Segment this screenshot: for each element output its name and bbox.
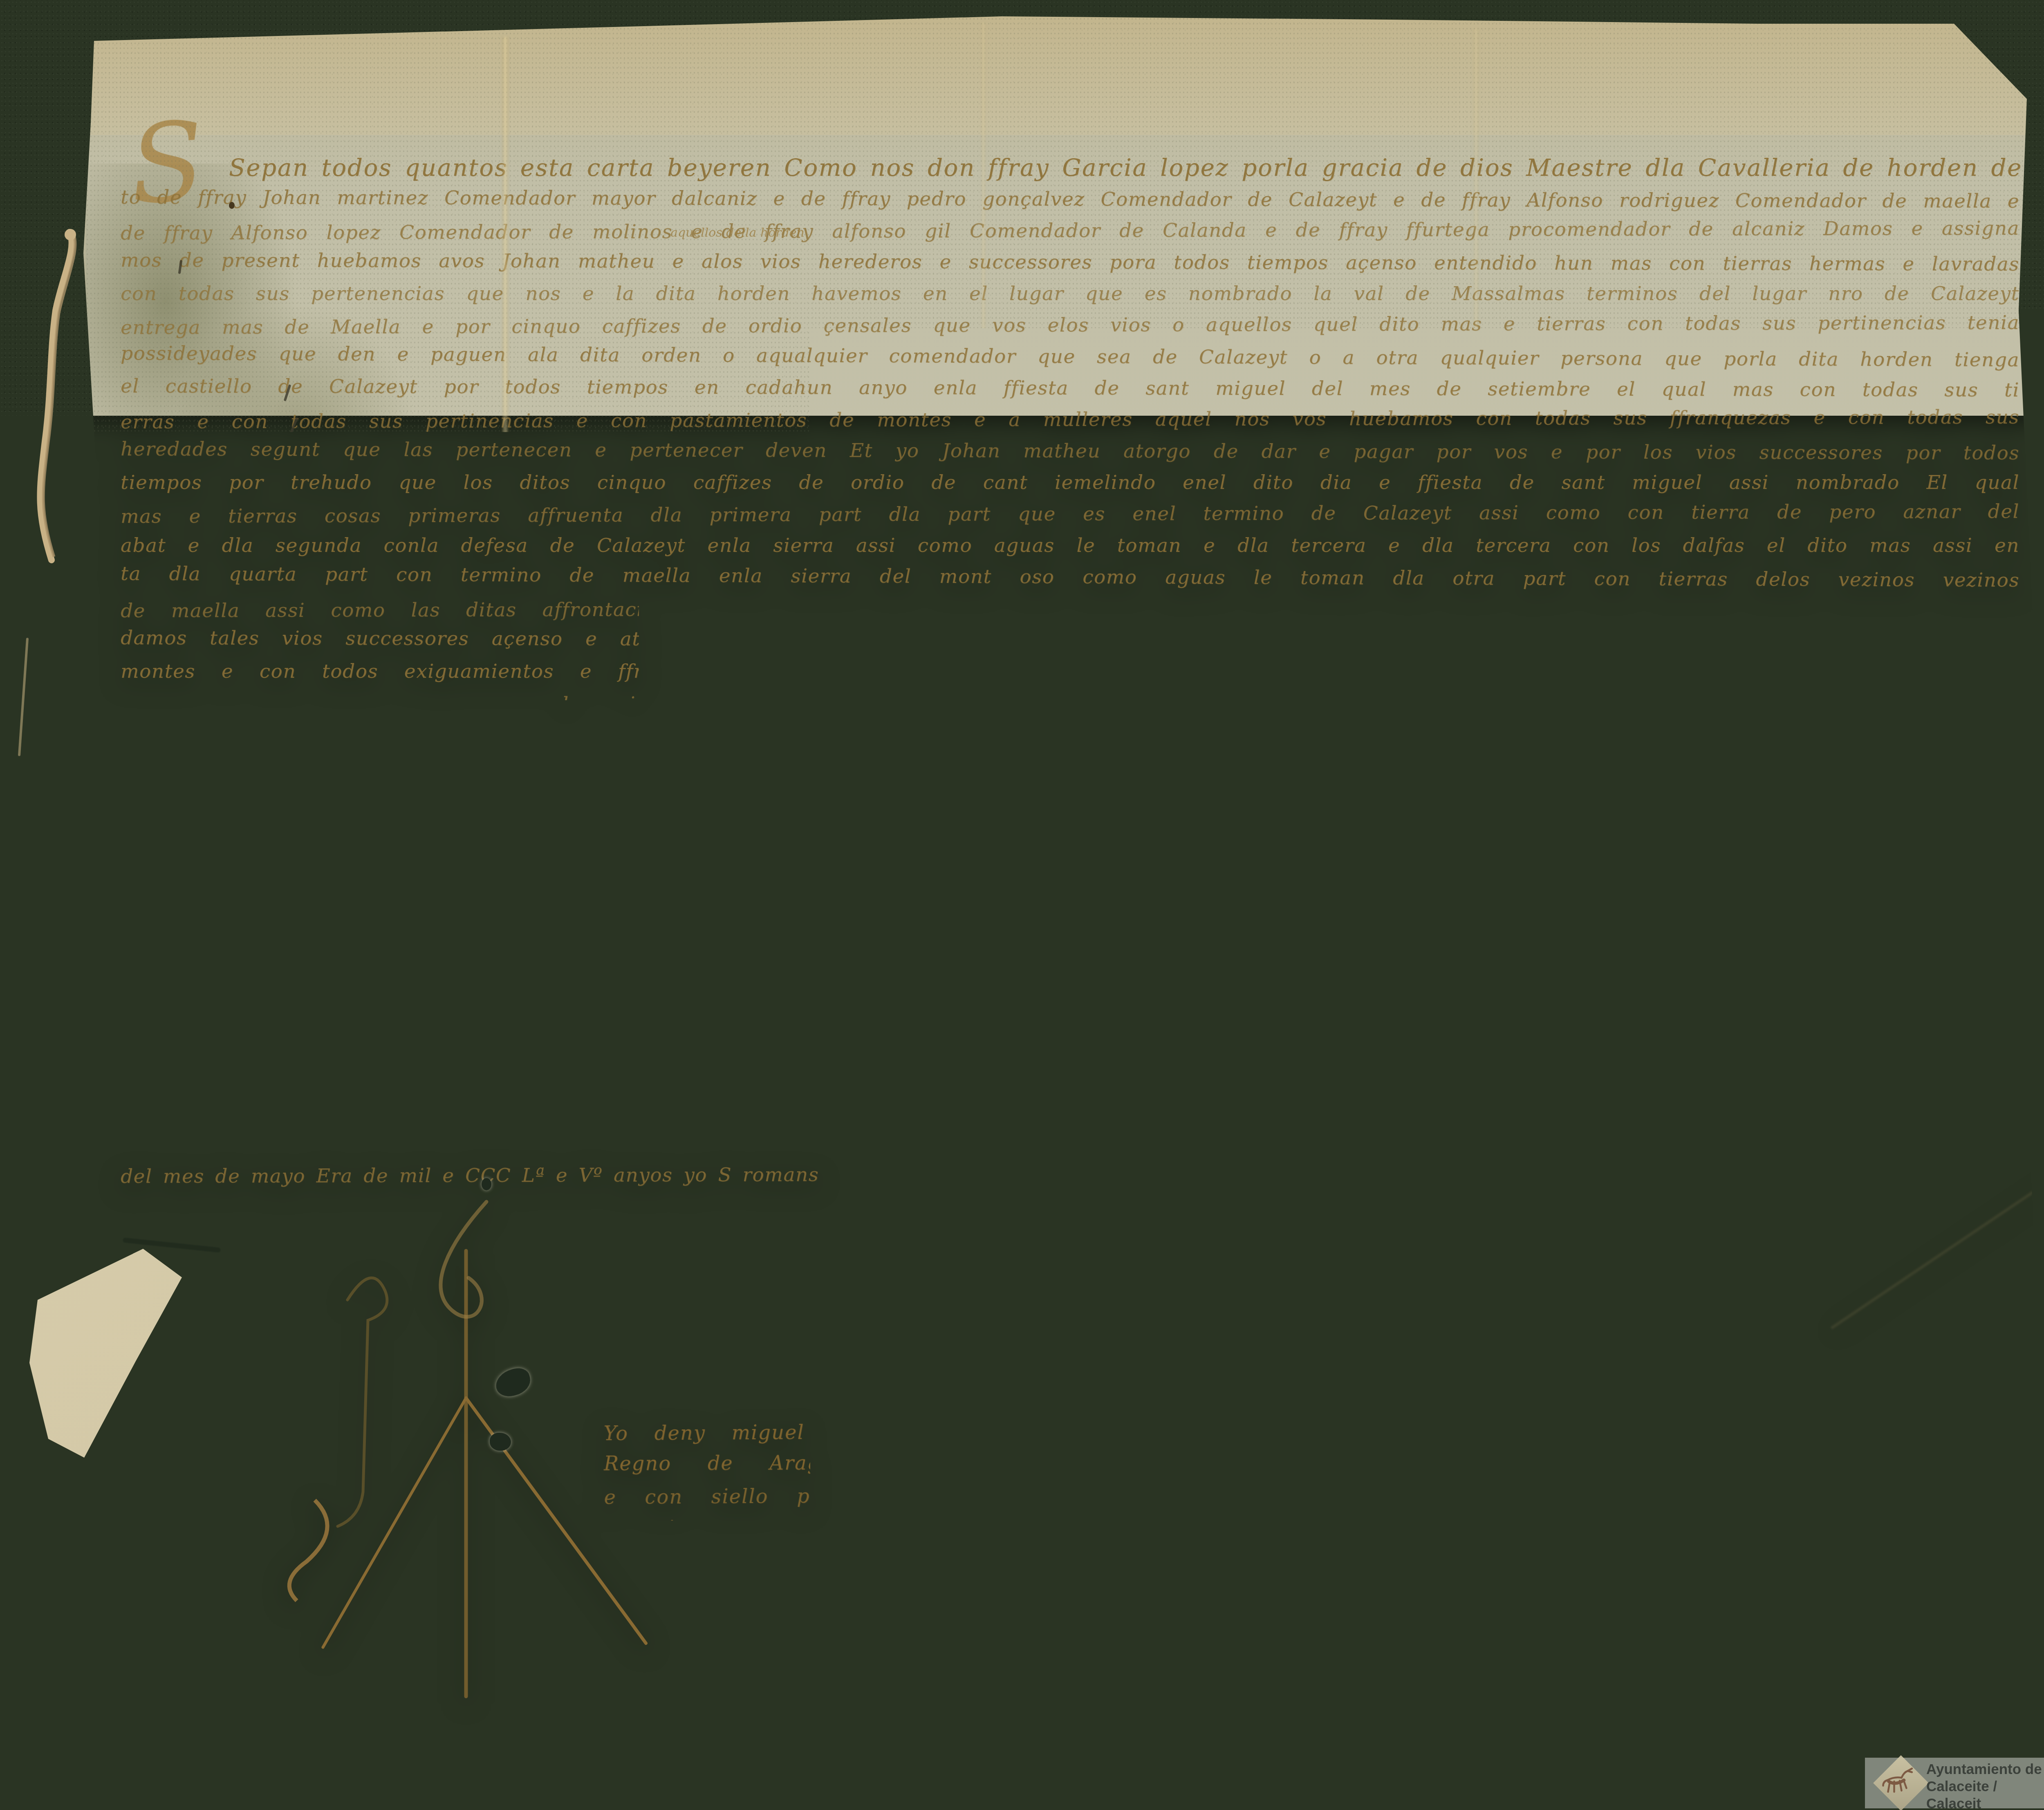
manuscript-line: retener porel precio que otri y dara nos… — [121, 845, 2019, 876]
pen-flourish — [401, 1194, 515, 1328]
manuscript-line: damos tales vios successores açenso e at… — [121, 622, 2019, 658]
manuscript-line: na que porla dita horden tiengua el dito… — [121, 811, 2019, 847]
manuscript-line: mos de present huebamos avos Johan mathe… — [121, 244, 2019, 280]
notary-line: lo signe consta de sobrepuesto enla .V. … — [605, 1570, 1966, 1607]
loose-fiber — [18, 638, 29, 756]
manuscript-line: por segunt que desuso se contiene Otro s… — [121, 1096, 2019, 1128]
watermark-text: Ayuntamiento de Calaceite / Calaceit — [1926, 1761, 2044, 1810]
watermark-line2: Calaceite / Calaceit — [1926, 1778, 2044, 1810]
manuscript-line: Sepan todos quantos esta carta beyeren C… — [121, 152, 2019, 184]
manuscript-line: mas e tierras cosas primeras affruenta d… — [121, 496, 2019, 532]
parchment-hole — [482, 1178, 491, 1190]
manuscript-line: con todas sus pertenencias que nos e la … — [121, 278, 2019, 309]
parchment-sheet: S Sepan todos quantos esta carta beyeren… — [0, 0, 2044, 1810]
manuscript-line: luego de present ffirmament atodos los c… — [121, 999, 2019, 1037]
manuscript-line: montes e con todos exiguamientos e ffrun… — [121, 656, 2019, 687]
manuscript-line: o personas que por nos e por los vios lo… — [121, 685, 2019, 721]
manuscript-line: algun contrasto enlas sobre ditas cosas … — [121, 1062, 2019, 1099]
manuscript-line: las sobre ditas cosas desuso nombradas a… — [121, 937, 2019, 972]
ink-blot — [229, 202, 235, 209]
watermark-line1: Ayuntamiento de — [1926, 1761, 2044, 1778]
notary-attestation-block: Yo deny miguel de montagudo notario publ… — [603, 1409, 1966, 1641]
manuscript-line: possideyades que den e paguen ala dita o… — [121, 338, 2019, 376]
manuscript-line: ta dla quarta part con termino de maella… — [121, 558, 2019, 596]
manuscript-line: erras e con todas sus pertinencias e con… — [121, 401, 2019, 438]
manuscript-line: e naquella ffranqueza e libertat que nos… — [121, 719, 2019, 750]
manuscript-line: abat e dla segunda conla defesa de Calaz… — [121, 530, 2019, 561]
manuscript-line: el castiello de Calazeyt por todos tiemp… — [121, 370, 2019, 406]
sewing-thread — [12, 221, 106, 580]
manuscript-line: de maella assi como las ditas affrontaci… — [121, 590, 2019, 627]
manuscript-line: dita horden unos e todos los successores… — [121, 907, 2019, 939]
manuscript-line: entrega mas de Maella e por cinquo caffi… — [121, 307, 2019, 343]
manuscript-line: e daqui adelante seran que dlas ditas co… — [121, 1033, 2019, 1065]
manuscript-line: to de ffray Johan martinez Comendador ma… — [121, 181, 2019, 217]
manuscript-line: tiempos por trehudo que los ditos cinquo… — [121, 467, 2019, 498]
parchment-hole — [490, 1433, 511, 1451]
manuscript-line: de ffray Alfonso lopez Comendador de mol… — [121, 213, 2019, 249]
wrinkle — [1831, 1167, 2044, 1329]
manuscript-line: heredades segunt que las pertenecen e pe… — [121, 433, 2019, 469]
signum-letter: S — [220, 1382, 304, 1525]
deer-petroglyph-icon — [1880, 1767, 1922, 1801]
manuscript-line: puesta ffadigua no es presentada ffa Et … — [121, 874, 2019, 910]
notary-line: enla iij linea de my clausura do dize si… — [605, 1604, 1449, 1641]
manuscript-line: nar a Cavallero ne a santos Desto vos ma… — [121, 1126, 2019, 1161]
manuscript-line: las ditas cosas o alguna de aqllas vos s… — [121, 968, 2019, 1004]
manuscript-text-block: Sepan todos quantos esta carta beyeren C… — [121, 152, 2019, 1191]
manuscript-line: aquel vender queredes nos ela dita horde… — [121, 748, 2019, 784]
watermark-badge: Ayuntamiento de Calaceite / Calaceit — [1865, 1758, 2044, 1808]
manuscript-line: del mes de mayo Era de mil e CCC Lª e Vº… — [121, 1158, 1298, 1192]
interlinear-insertion: aquellos della horden — [670, 226, 805, 240]
photograph-of-parchment-charter: S Sepan todos quantos esta carta beyeren… — [0, 0, 2044, 1810]
manuscript-line: quel dito mas e tierras con todas sus pe… — [121, 778, 2019, 816]
